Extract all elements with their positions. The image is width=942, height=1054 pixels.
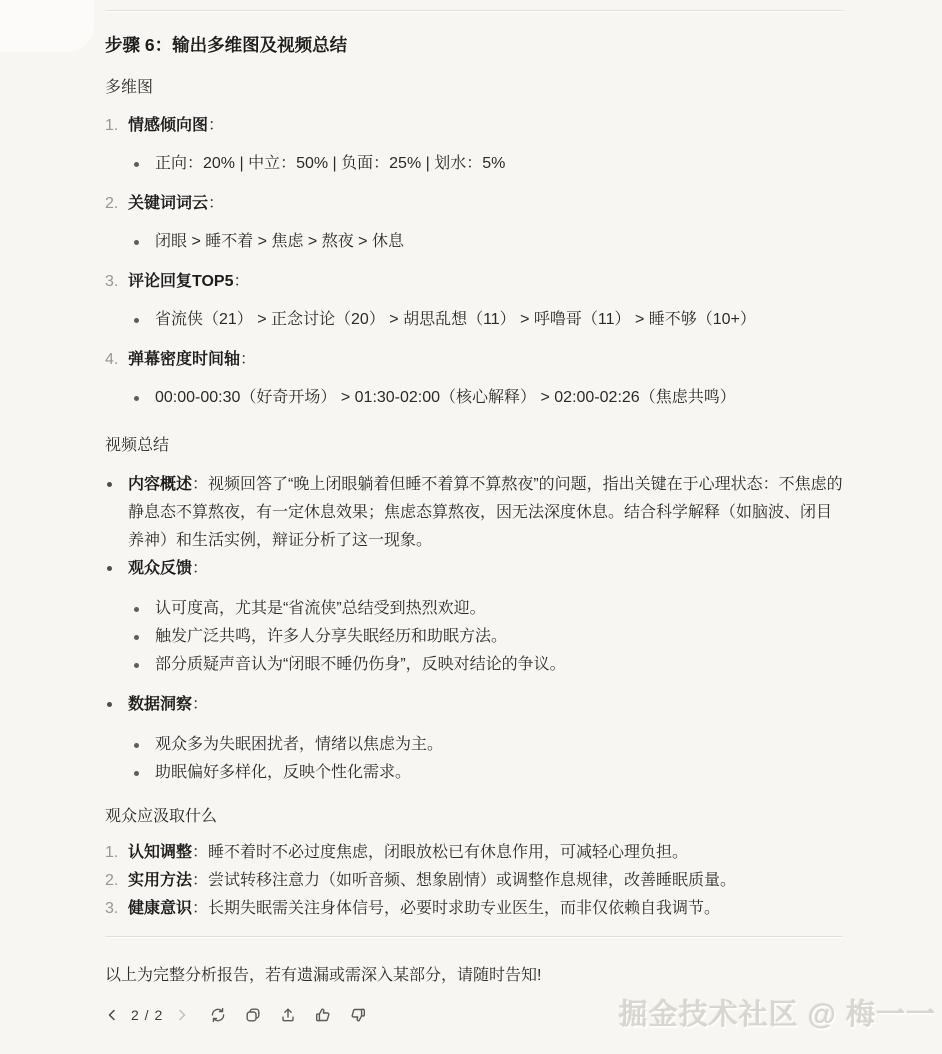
list-sub-bullet: 观众多为失眠困扰者，情绪以焦虑为主。 (133, 731, 843, 759)
list-number: 2. (105, 191, 128, 217)
response-page-indicator: 2 / 2 (131, 1007, 163, 1023)
chevron-left-icon (105, 1008, 119, 1022)
list-item: 3. 评论回复TOP5： (105, 269, 843, 295)
list-number: 2. (105, 867, 128, 895)
list-sub-bullet: 认可度高，尤其是“省流侠”总结受到热烈欢迎。 (133, 595, 843, 623)
prev-response-button[interactable] (105, 1004, 119, 1026)
list-sub-text: 省流侠（21） > 正念讨论（20） > 胡思乱想（11） > 呼噜哥（11） … (155, 307, 756, 333)
list-sub-text: 助眠偏好多样化，反映个性化需求。 (155, 759, 411, 787)
takeaway-label: 观众应汲取什么 (105, 803, 843, 831)
list-number: 1. (105, 839, 128, 867)
watermark: 掘金技术社区 @ 梅一一 (619, 992, 936, 1033)
assistant-message: 步骤 6：输出多维图及视频总结 多维图 1. 情感倾向图： 正向：20% | 中… (105, 0, 843, 1028)
previous-message-bubble-corner (0, 0, 94, 52)
list-item-title: 弹幕密度时间轴 (128, 351, 240, 368)
overview-text: 内容概述：视频回答了“晚上闭眼躺着但睡不着算不算熬夜”的问题，指出关键在于心理状… (128, 471, 843, 555)
chat-page: 步骤 6：输出多维图及视频总结 多维图 1. 情感倾向图： 正向：20% | 中… (0, 0, 942, 1054)
list-sub-text: 正向：20% | 中立：50% | 负面：25% | 划水：5% (155, 151, 505, 177)
list-sub-text: 认可度高，尤其是“省流侠”总结受到热烈欢迎。 (155, 595, 486, 623)
like-button[interactable] (314, 1004, 332, 1026)
dislike-button[interactable] (349, 1004, 367, 1026)
list-sub-text: 00:00-00:30（好奇开场） > 01:30-02:00（核心解释） > … (155, 385, 736, 411)
multidim-label: 多维图 (105, 75, 843, 101)
section-heading: 步骤 6：输出多维图及视频总结 (105, 33, 843, 57)
list-sub-bullet: 省流侠（21） > 正念讨论（20） > 胡思乱想（11） > 呼噜哥（11） … (133, 307, 843, 333)
list-sub-bullet: 部分质疑声音认为“闭眼不睡仍伤身”，反映对结论的争议。 (133, 651, 843, 679)
list-number: 4. (105, 347, 128, 373)
list-sub-text: 观众多为失眠困扰者，情绪以焦虑为主。 (155, 731, 443, 759)
list-item: 观众反馈： (105, 555, 843, 583)
list-number: 1. (105, 113, 128, 139)
takeaway-list: 1. 认知调整：睡不着时不必过度焦虑，闭眼放松已有休息作用，可减轻心理负担。 2… (105, 839, 843, 923)
horizontal-rule-top (105, 10, 843, 11)
insights-sublist: 观众多为失眠困扰者，情绪以焦虑为主。 助眠偏好多样化，反映个性化需求。 (133, 731, 843, 787)
list-item: 1. 情感倾向图： (105, 113, 843, 139)
list-sub-text: 触发广泛共鸣，许多人分享失眠经历和助眠方法。 (155, 623, 507, 651)
thumbs-down-icon (349, 1006, 367, 1024)
list-number: 3. (105, 269, 128, 295)
copy-button[interactable] (244, 1004, 262, 1026)
next-response-button[interactable] (175, 1004, 189, 1026)
list-item-title: 关键词词云 (128, 195, 208, 212)
summary-label: 视频总结 (105, 433, 843, 459)
list-item: 3. 健康意识：长期失眠需关注身体信号，必要时求助专业医生，而非仅依赖自我调节。 (105, 895, 843, 923)
list-sub-bullet: 助眠偏好多样化，反映个性化需求。 (133, 759, 843, 787)
list-number: 3. (105, 895, 128, 923)
multidim-list: 1. 情感倾向图： 正向：20% | 中立：50% | 负面：25% | 划水：… (105, 113, 843, 411)
list-item: 2. 关键词词云： (105, 191, 843, 217)
list-item: 4. 弹幕密度时间轴： (105, 347, 843, 373)
regenerate-button[interactable] (209, 1004, 227, 1026)
closing-text: 以上为完整分析报告，若有遗漏或需深入某部分，请随时告知! (105, 962, 843, 990)
share-button[interactable] (279, 1004, 297, 1026)
list-sub-bullet: 触发广泛共鸣，许多人分享失眠经历和助眠方法。 (133, 623, 843, 651)
copy-icon (244, 1006, 262, 1024)
horizontal-rule-bottom (105, 936, 843, 937)
list-sub-text: 部分质疑声音认为“闭眼不睡仍伤身”，反映对结论的争议。 (155, 651, 566, 679)
feedback-sublist: 认可度高，尤其是“省流侠”总结受到热烈欢迎。 触发广泛共鸣，许多人分享失眠经历和… (133, 595, 843, 679)
list-item: 1. 认知调整：睡不着时不必过度焦虑，闭眼放松已有休息作用，可减轻心理负担。 (105, 839, 843, 867)
list-item: 数据洞察： (105, 691, 843, 719)
list-item-title: 情感倾向图 (128, 117, 208, 134)
list-item-title: 评论回复TOP5 (128, 273, 234, 290)
list-sub-text: 闭眼 > 睡不着 > 焦虑 > 熬夜 > 休息 (155, 229, 404, 255)
summary-list: 内容概述：视频回答了“晚上闭眼躺着但睡不着算不算熬夜”的问题，指出关键在于心理状… (105, 471, 843, 787)
refresh-icon (209, 1006, 227, 1024)
list-sub-bullet: 00:00-00:30（好奇开场） > 01:30-02:00（核心解释） > … (133, 385, 843, 411)
list-sub-bullet: 闭眼 > 睡不着 > 焦虑 > 熬夜 > 休息 (133, 229, 843, 255)
thumbs-up-icon (314, 1006, 332, 1024)
chevron-right-icon (175, 1008, 189, 1022)
list-item: 内容概述：视频回答了“晚上闭眼躺着但睡不着算不算熬夜”的问题，指出关键在于心理状… (105, 471, 843, 555)
list-item: 2. 实用方法：尝试转移注意力（如听音频、想象剧情）或调整作息规律，改善睡眠质量… (105, 867, 843, 895)
share-up-arrow-icon (279, 1006, 297, 1024)
list-sub-bullet: 正向：20% | 中立：50% | 负面：25% | 划水：5% (133, 151, 843, 177)
